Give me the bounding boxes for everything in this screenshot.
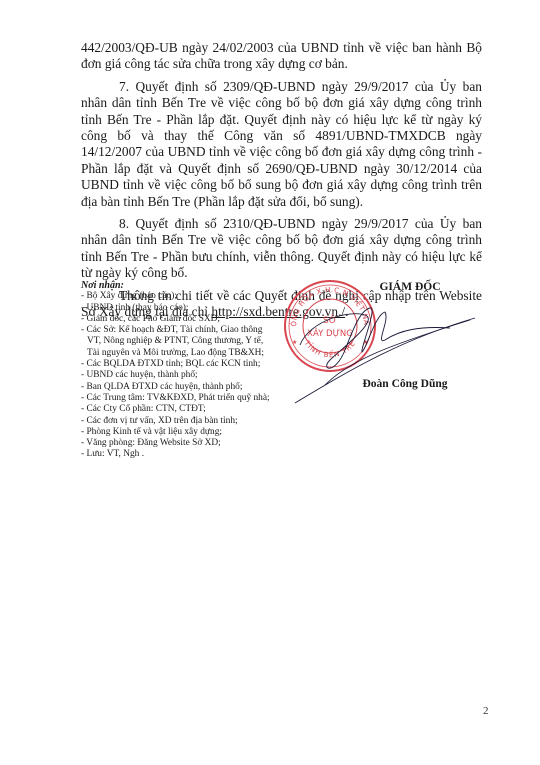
recipient-item: - Các Cty Cổ phần: CTN, CTĐT; — [81, 404, 301, 415]
recipient-item: - Văng phòng: Đăng Website Sở XD; — [81, 438, 301, 449]
signer-name: Đoàn Công Dũng — [340, 378, 470, 390]
recipient-item: - Giám đốc, các Phó Giám đốc SXD; — [81, 314, 301, 325]
paragraph-item-7: 7. Quyết định số 2309/QĐ-UBND ngày 29/9/… — [81, 79, 482, 210]
paragraph-item-8: 8. Quyết định số 2310/QĐ-UBND ngày 29/9/… — [81, 216, 482, 282]
recipient-item: - Các BQLDA ĐTXD tỉnh; BQL các KCN tỉnh; — [81, 359, 301, 370]
recipient-item: - Các đơn vị tư vấn, XD trên địa bàn tỉn… — [81, 416, 301, 427]
page-number: 2 — [483, 705, 489, 717]
recipient-item: - Các Sở: Kế hoạch &ĐT, Tài chính, Giao … — [81, 325, 301, 336]
recipient-item-continued: VT, Nông nghiệp & PTNT, Công thương, Y t… — [81, 336, 301, 347]
recipient-item: - Bộ Xây dựng (báo cáo); — [81, 291, 301, 302]
document-page: 442/2003/QĐ-UB ngày 24/02/2003 của UBND … — [0, 0, 540, 765]
recipient-item: - UBND tỉnh (thay báo cáo); — [81, 303, 301, 314]
recipients-title: Nơi nhận: — [81, 280, 301, 291]
recipient-item-continued: Tài nguyên và Môi trường, Lao động TB&XH… — [81, 348, 301, 359]
recipient-item: - Phòng Kinh tế và vật liệu xây dựng; — [81, 427, 301, 438]
recipients-list: Nơi nhận: - Bộ Xây dựng (báo cáo); - UBN… — [81, 280, 301, 461]
signature-title: GIÁM ĐỐC — [355, 281, 465, 293]
recipient-item: - Lưu: VT, Ngh . — [81, 449, 301, 460]
paragraph-continuation: 442/2003/QĐ-UB ngày 24/02/2003 của UBND … — [81, 40, 482, 73]
recipient-item: - Các Trung tâm: TV&KĐXD, Phát triển quỹ… — [81, 393, 301, 404]
recipient-item: - UBND các huyện, thành phố; — [81, 370, 301, 381]
recipient-item: - Ban QLDA ĐTXD các huyện, thành phố; — [81, 382, 301, 393]
